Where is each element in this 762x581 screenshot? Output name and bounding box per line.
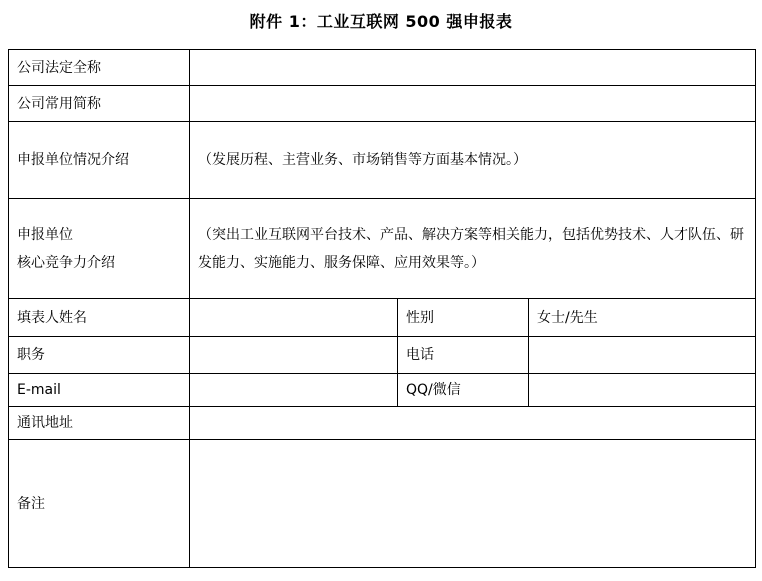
gender-input[interactable]: 女士/先生 — [529, 299, 756, 337]
address-label: 通讯地址 — [9, 407, 190, 440]
remarks-input[interactable] — [190, 440, 756, 568]
qq-wechat-input[interactable] — [529, 374, 756, 407]
row-company-short-name: 公司常用简称 — [9, 86, 756, 122]
company-full-name-label: 公司法定全称 — [9, 50, 190, 86]
gender-label: 性别 — [398, 299, 529, 337]
row-company-full-name: 公司法定全称 — [9, 50, 756, 86]
email-label: E-mail — [9, 374, 190, 407]
core-competence-label: 申报单位 核心竞争力介绍 — [9, 199, 190, 299]
position-label: 职务 — [9, 337, 190, 374]
row-core-competence: 申报单位 核心竞争力介绍 （突出工业互联网平台技术、产品、解决方案等相关能力，包… — [9, 199, 756, 299]
company-intro-label: 申报单位情况介绍 — [9, 122, 190, 199]
phone-input[interactable] — [529, 337, 756, 374]
contact-name-label: 填表人姓名 — [9, 299, 190, 337]
email-input[interactable] — [190, 374, 398, 407]
address-input[interactable] — [190, 407, 756, 440]
row-email-qq: E-mail QQ/微信 — [9, 374, 756, 407]
row-company-intro: 申报单位情况介绍 （发展历程、主营业务、市场销售等方面基本情况。） — [9, 122, 756, 199]
contact-name-input[interactable] — [190, 299, 398, 337]
position-input[interactable] — [190, 337, 398, 374]
application-form-table: 公司法定全称 公司常用简称 申报单位情况介绍 （发展历程、主营业务、市场销售等方… — [8, 49, 756, 568]
page-title: 附件 1：工业互联网 500 强申报表 — [0, 0, 762, 49]
row-remarks: 备注 — [9, 440, 756, 568]
row-contact-name: 填表人姓名 性别 女士/先生 — [9, 299, 756, 337]
company-full-name-input[interactable] — [190, 50, 756, 86]
remarks-label: 备注 — [9, 440, 190, 568]
company-short-name-input[interactable] — [190, 86, 756, 122]
core-competence-input[interactable]: （突出工业互联网平台技术、产品、解决方案等相关能力，包括优势技术、人才队伍、研发… — [190, 199, 756, 299]
row-position-phone: 职务 电话 — [9, 337, 756, 374]
phone-label: 电话 — [398, 337, 529, 374]
row-address: 通讯地址 — [9, 407, 756, 440]
qq-wechat-label: QQ/微信 — [398, 374, 529, 407]
document-page: 附件 1：工业互联网 500 强申报表 公司法定全称 公司常用简称 申报单位情况… — [0, 0, 762, 581]
company-short-name-label: 公司常用简称 — [9, 86, 190, 122]
company-intro-input[interactable]: （发展历程、主营业务、市场销售等方面基本情况。） — [190, 122, 756, 199]
